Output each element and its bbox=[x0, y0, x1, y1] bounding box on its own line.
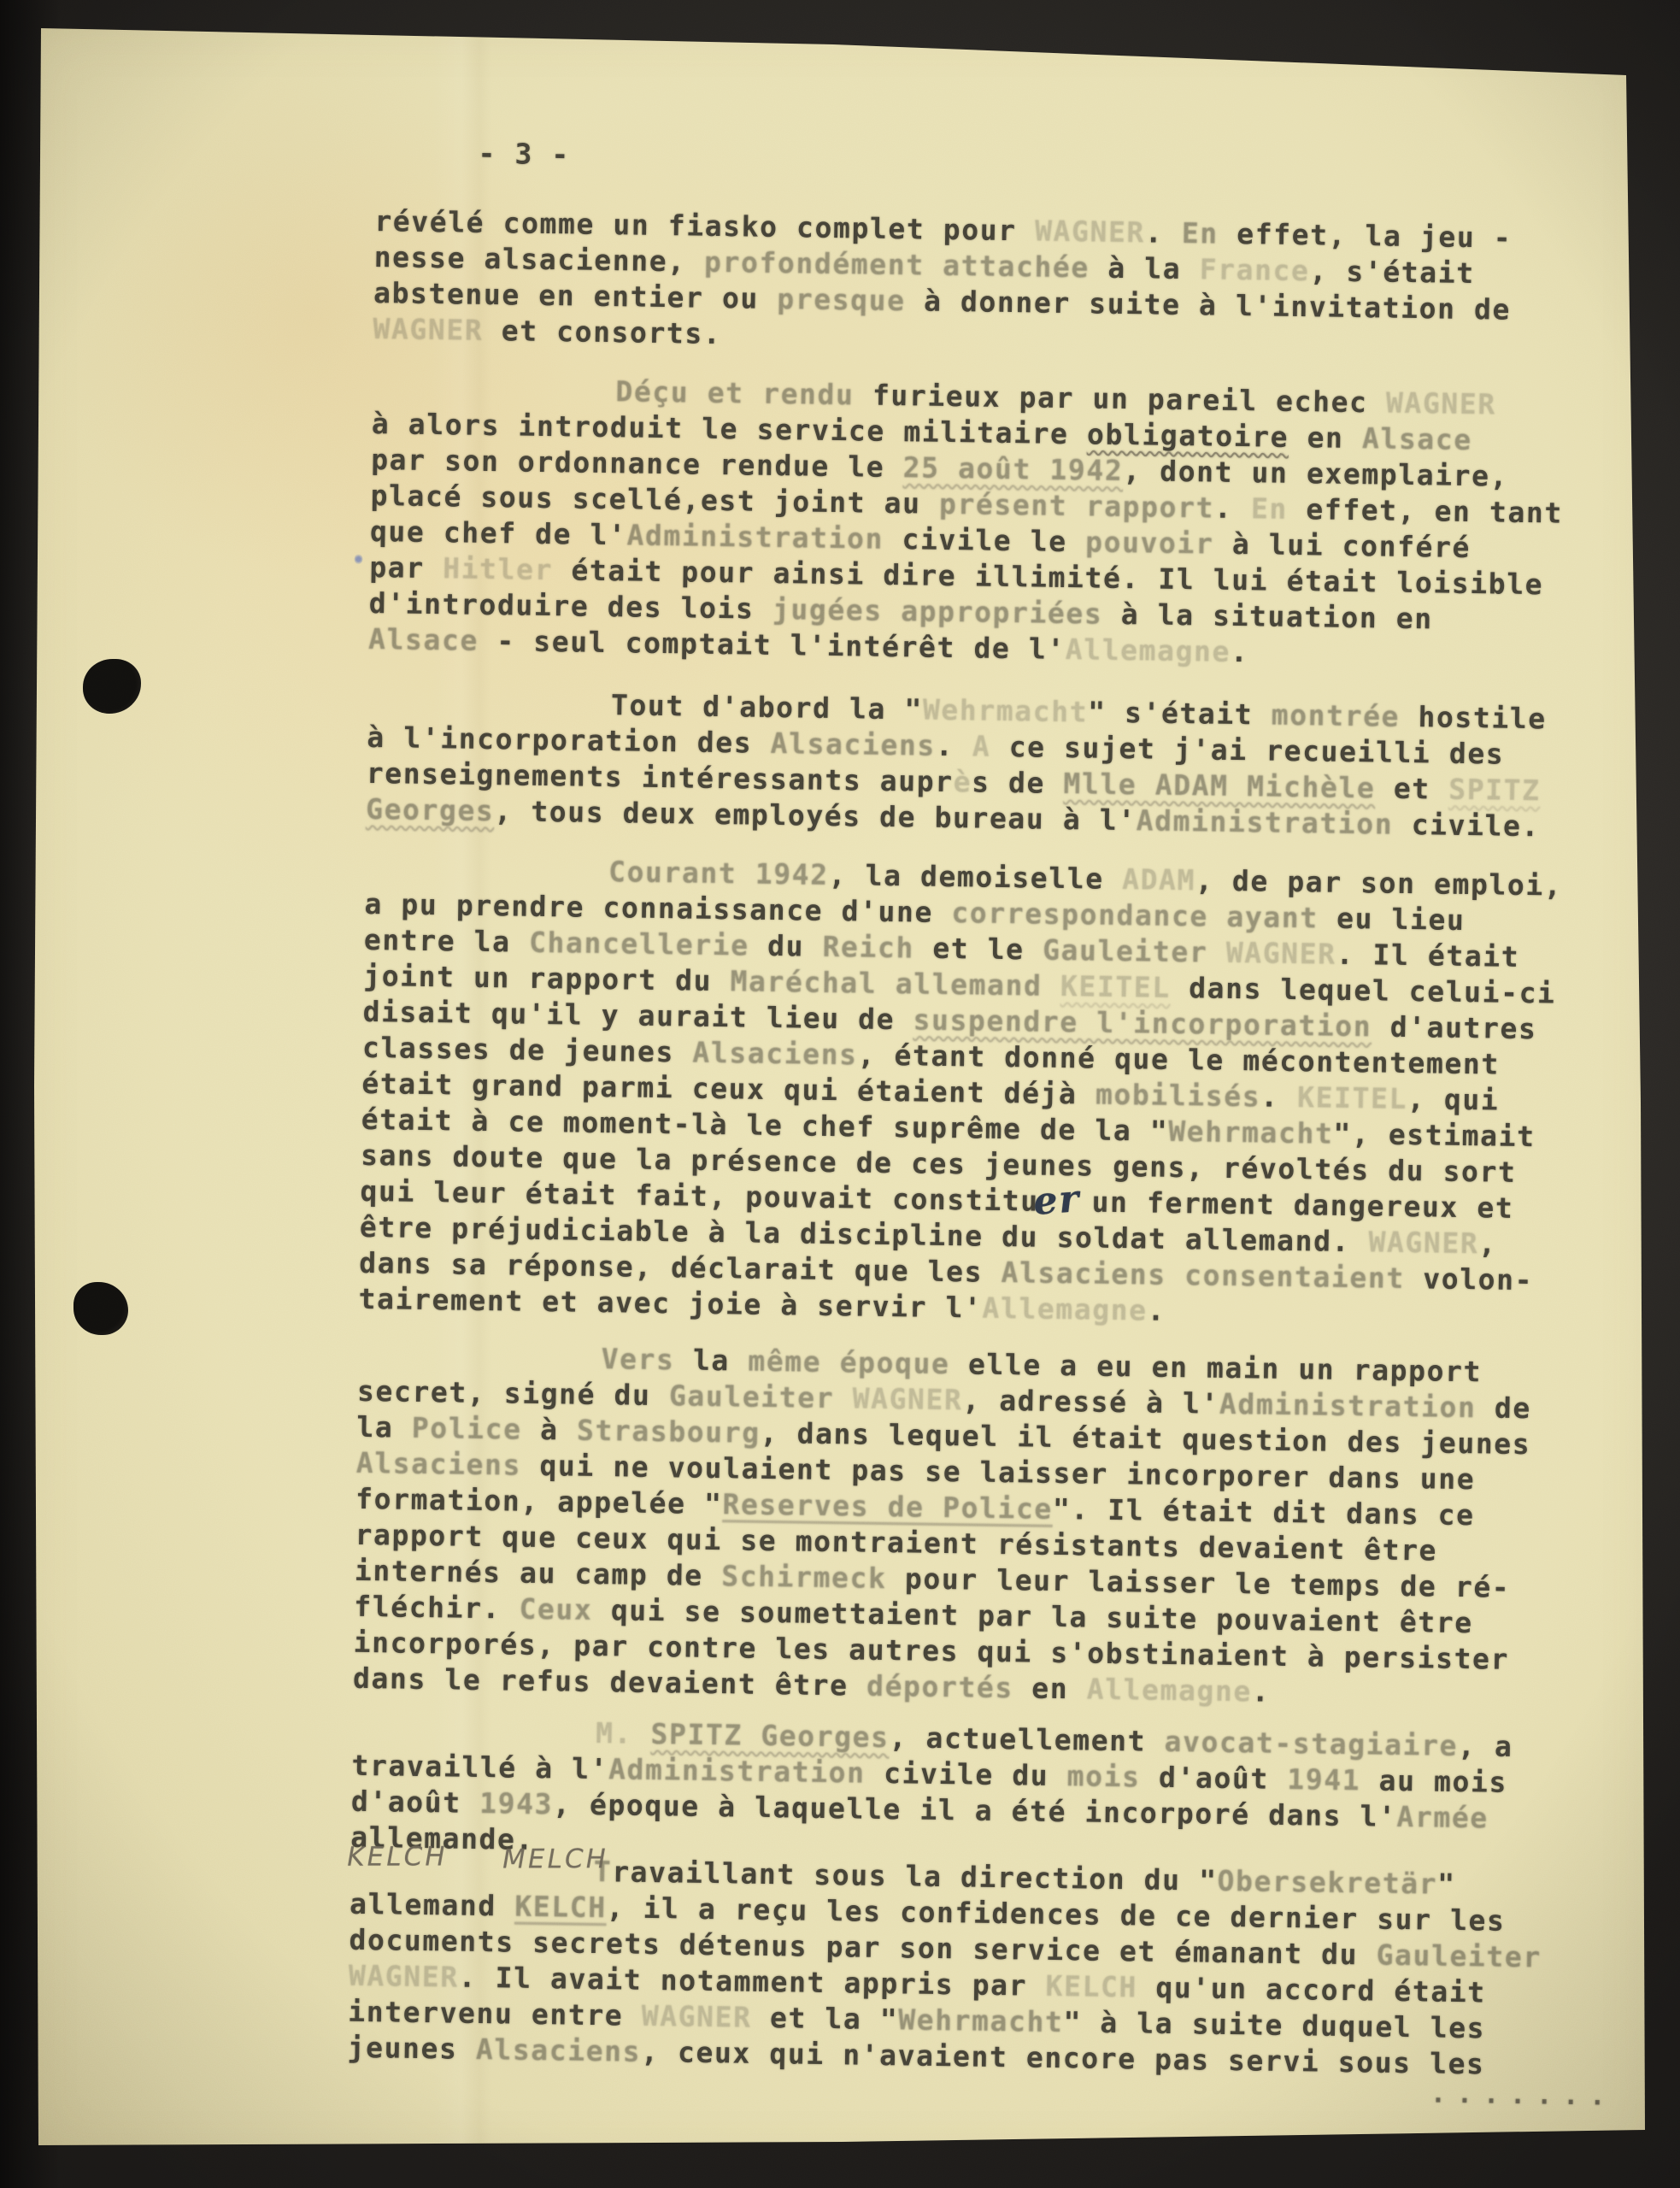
typed-line: que chef de l'Administration civile le p… bbox=[370, 514, 1635, 568]
typed-line: abstenue en entier ou presque à donner s… bbox=[373, 275, 1638, 330]
typed-paragraph: révélé comme un fiasko complet pour WAGN… bbox=[373, 203, 1639, 366]
typed-line: par Hitler était pour ainsi dire illimit… bbox=[369, 550, 1634, 604]
typed-line: tairement et avec joie à servir l'Allema… bbox=[358, 1281, 1623, 1336]
typed-line: documents secrets détenus par son servic… bbox=[349, 1922, 1613, 1977]
typed-text-block: - 3 - révélé comme un fiasko complet pou… bbox=[346, 128, 1641, 2164]
typed-line: d'introduire des lois jugées appropriées… bbox=[368, 585, 1633, 640]
typed-paragraph: M. SPITZ Georges, actuellement avocat-st… bbox=[350, 1712, 1617, 1874]
typed-line: allemand KELCH, il a reçu les confidence… bbox=[350, 1886, 1614, 1941]
typed-line: qui leur était fait, pouvait constituer … bbox=[360, 1173, 1624, 1228]
typed-line: a pu prendre connaissance d'une correspo… bbox=[364, 886, 1629, 941]
typed-line: joint un rapport du Maréchal allemand KE… bbox=[363, 958, 1628, 1013]
typed-line: d'août 1943, époque à laquelle il a été … bbox=[351, 1784, 1616, 1838]
typed-line: Alsaciens qui ne voulaient pas se laisse… bbox=[356, 1445, 1621, 1500]
typed-line: était à ce moment-là le chef suprême de … bbox=[361, 1102, 1625, 1156]
typed-line: travaillé à l'Administration civile du m… bbox=[351, 1748, 1616, 1803]
typed-paragraph: Vers la même époque elle a eu en main un… bbox=[353, 1338, 1623, 1715]
typed-line: jeunes Alsaciens, ceux qui n'avaient enc… bbox=[347, 2030, 1612, 2085]
typed-line: internés au camp de Schirmeck pour leur … bbox=[355, 1553, 1619, 1608]
typed-line: placé sous scellé,est joint au présent r… bbox=[370, 478, 1635, 532]
typed-line: Georges, tous deux employés de bureau à … bbox=[366, 791, 1630, 846]
typed-line: formation, appelée "Reserves de Police".… bbox=[355, 1481, 1620, 1536]
handwritten-name-kelch: KELCH bbox=[344, 1841, 450, 1872]
typed-line: renseignements intéressants auprès de Ml… bbox=[366, 756, 1630, 810]
typed-line: révélé comme un fiasko complet pour WAGN… bbox=[374, 203, 1639, 258]
typed-line: Vers la même époque elle a eu en main un… bbox=[601, 1341, 1622, 1392]
typed-line: nesse alsacienne, profondément attachée … bbox=[373, 239, 1638, 294]
typed-line: Courant 1942, la demoiselle ADAM, de par… bbox=[608, 854, 1630, 905]
paper-crease bbox=[432, 0, 491, 2188]
typed-line: M. SPITZ Georges, actuellement avocat-st… bbox=[596, 1715, 1617, 1767]
typed-line: la Police à Strasbourg, dans lequel il é… bbox=[356, 1409, 1621, 1464]
typed-line: incorporés, par contre les autres qui s'… bbox=[353, 1625, 1618, 1679]
typed-line: allemande. bbox=[350, 1820, 1615, 1874]
typed-line: Travaillant sous la direction du "Oberse… bbox=[593, 1854, 1614, 1905]
document-body: révélé comme un fiasko complet pour WAGN… bbox=[376, 128, 1641, 147]
typed-line: sans doute que la présence de ces jeunes… bbox=[361, 1138, 1625, 1192]
typed-line: rapport que ceux qui se montraient résis… bbox=[355, 1517, 1619, 1572]
typed-paragraph: Courant 1942, la demoiselle ADAM, de par… bbox=[358, 850, 1630, 1336]
typed-line: entre la Chancellerie du Reich et le Gau… bbox=[364, 922, 1629, 977]
document-page: - 3 - révélé comme un fiasko complet pou… bbox=[0, 0, 1680, 2188]
punch-hole-top bbox=[83, 659, 141, 714]
typed-line: WAGNER. Il avait notamment appris par KE… bbox=[349, 1958, 1613, 2013]
typed-line: dans sa réponse, déclarait que les Alsac… bbox=[359, 1245, 1624, 1300]
paper-stain bbox=[51, 51, 581, 581]
typed-line: par son ordonnance rendue le 25 août 194… bbox=[371, 442, 1636, 497]
typed-line: à alors introduit le service militaire o… bbox=[372, 406, 1636, 461]
typed-paragraph: Tout d'abord la "Wehrmacht" s'était mont… bbox=[366, 684, 1632, 846]
typed-line: à l'incorporation des Alsaciens. A ce su… bbox=[367, 720, 1631, 774]
trailing-dots: ······· bbox=[1430, 2086, 1617, 2119]
typed-paragraph: Travaillant sous la direction du "Oberse… bbox=[347, 1850, 1615, 2085]
handwritten-name-melch: MELCH bbox=[500, 1844, 611, 1874]
typed-line: était grand parmi ceux qui étaient déjà … bbox=[361, 1066, 1626, 1120]
blue-ink-dot bbox=[354, 554, 362, 565]
typed-line: fléchir. Ceux qui se soumettaient par la… bbox=[354, 1589, 1618, 1644]
typed-line: disait qu'il y aurait lieu de suspendre … bbox=[362, 994, 1627, 1049]
scan-background: - 3 - révélé comme un fiasko complet pou… bbox=[0, 0, 1680, 2188]
typed-line: Tout d'abord la "Wehrmacht" s'était mont… bbox=[611, 687, 1632, 738]
handwritten-correction: er bbox=[1034, 1199, 1080, 1203]
typed-line: Alsace - seul comptait l'intérêt de l'Al… bbox=[368, 621, 1633, 676]
typed-paragraph: Déçu et rendu furieux par un pareil eche… bbox=[368, 370, 1637, 676]
typed-line: classes de jeunes Alsaciens, étant donné… bbox=[362, 1030, 1627, 1085]
typed-line: être préjudiciable à la discipline du so… bbox=[360, 1209, 1624, 1264]
page-number: - 3 - bbox=[478, 137, 570, 172]
handwritten-margin-note: KELCH MELCH bbox=[347, 1841, 653, 1876]
typed-line: Déçu et rendu furieux par un pareil eche… bbox=[615, 373, 1636, 425]
typed-line: intervenu entre WAGNER et la "Wehrmacht"… bbox=[348, 1994, 1612, 2049]
typed-line: dans le refus devaient être déportés en … bbox=[353, 1661, 1618, 1715]
typed-line: WAGNER et consorts. bbox=[373, 311, 1637, 366]
typed-line: secret, signé du Gauleiter WAGNER, adres… bbox=[357, 1373, 1622, 1428]
punch-hole-bottom bbox=[73, 1282, 128, 1335]
